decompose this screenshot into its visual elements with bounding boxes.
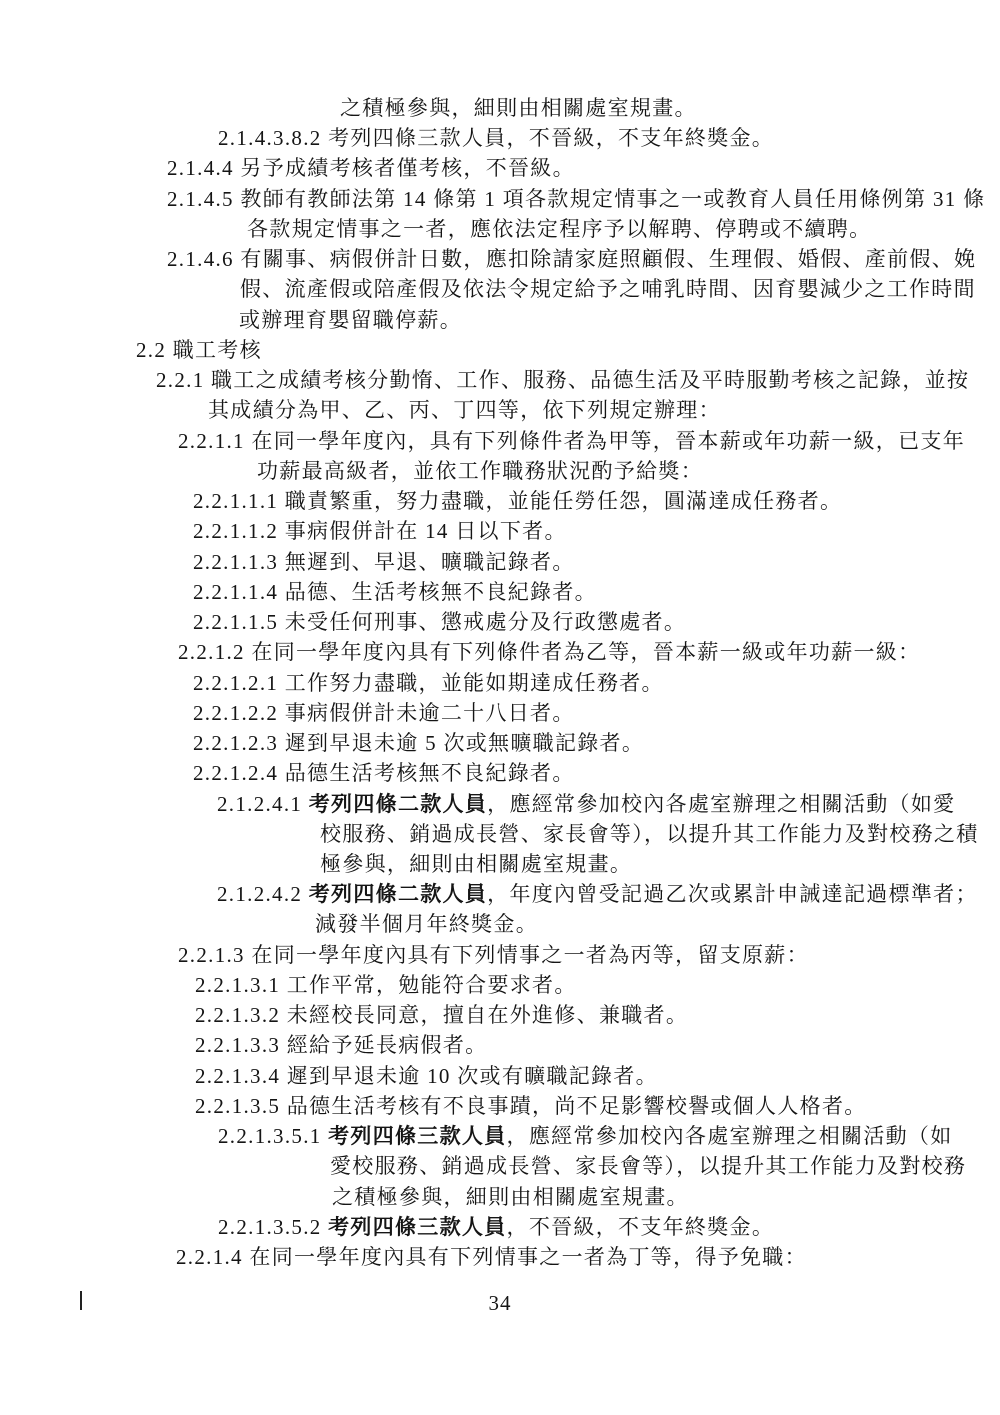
- document-line: 減發半個月年終獎金。: [315, 909, 538, 939]
- line-segment: 2.2.1.2 在同一學年度內具有下列條件者為乙等，晉本薪一級或年功薪一級：: [178, 640, 920, 664]
- line-segment-bold: 考列四條三款人員: [328, 1124, 506, 1148]
- document-line: 愛校服務、銷過成長營、家長會等），以提升其工作能力及對校務: [330, 1151, 966, 1181]
- line-segment: 2.2.1.1.4 品德、生活考核無不良紀錄者。: [193, 580, 597, 604]
- line-segment: 愛校服務、銷過成長營、家長會等），以提升其工作能力及對校務: [330, 1154, 966, 1178]
- line-segment: 其成績分為甲、乙、丙、丁四等，依下列規定辦理：: [208, 398, 721, 422]
- line-segment: 之積極參與，細則由相關處室規畫。: [332, 1185, 689, 1209]
- line-segment: 之積極參與，細則由相關處室規畫。: [340, 96, 697, 120]
- document-line: 2.2.1.4 在同一學年度內具有下列情事之一者為丁等，得予免職：: [176, 1242, 807, 1272]
- line-segment: 2.2.1.2.3 遲到早退未逾 5 次或無曠職記錄者。: [193, 731, 644, 755]
- document-line: 2.1.4.5 教師有教師法第 14 條第 1 項各款規定情事之一或教育人員任用…: [167, 184, 985, 214]
- line-segment: 2.2.1.3.5.2: [218, 1215, 328, 1239]
- line-segment: 2.2.1 職工之成績考核分勤惰、工作、服務、品德生活及平時服勤考核之記錄，並按: [156, 368, 969, 392]
- line-segment-bold: 考列四條二款人員: [309, 792, 487, 816]
- line-segment: 校服務、銷過成長營、家長會等），以提升其工作能力及對校務之積: [320, 822, 979, 846]
- document-line: 2.2.1.3.5.1 考列四條三款人員，應經常參加校內各處室辦理之相關活動（如: [218, 1121, 953, 1151]
- line-segment: 2.1.2.4.1: [217, 792, 309, 816]
- document-line: 2.2.1.1.3 無遲到、早退、曠職記錄者。: [193, 547, 575, 577]
- document-line: 或辦理育嬰留職停薪。: [239, 305, 462, 335]
- line-segment: 功薪最高級者，並依工作職務狀況酌予給獎：: [257, 459, 703, 483]
- line-segment: 2.2.1.1.2 事病假併計在 14 日以下者。: [193, 519, 567, 543]
- line-segment: 2.2.1.3.1 工作平常，勉能符合要求者。: [195, 973, 577, 997]
- line-segment: 2.1.4.6 有關事、病假併計日數，應扣除請家庭照顧假、生理假、婚假、產前假、…: [167, 247, 976, 271]
- document-line: 2.2.1.3.5.2 考列四條三款人員，不晉級，不支年終獎金。: [218, 1212, 774, 1242]
- document-line: 2.2.1.2.2 事病假併計未逾二十八日者。: [193, 698, 575, 728]
- document-line: 2.2.1.3.1 工作平常，勉能符合要求者。: [195, 970, 577, 1000]
- line-segment: 2.2.1.1.5 未受任何刑事、懲戒處分及行政懲處者。: [193, 610, 686, 634]
- line-segment: 2.2.1.3.5 品德生活考核有不良事蹟，尚不足影響校譽或個人人格者。: [195, 1094, 867, 1118]
- document-line: 2.2.1.2.4 品德生活考核無不良紀錄者。: [193, 758, 575, 788]
- document-line: 2.2.1.2.3 遲到早退未逾 5 次或無曠職記錄者。: [193, 728, 644, 758]
- line-segment: 2.2.1.3.4 遲到早退未逾 10 次或有曠職記錄者。: [195, 1064, 658, 1088]
- document-line: 2.2 職工考核: [136, 335, 262, 365]
- document-line: 之積極參與，細則由相關處室規畫。: [332, 1182, 689, 1212]
- document-line: 2.1.2.4.2 考列四條二款人員，年度內曾受記過乙次或累計申誡達記過標準者；: [217, 879, 978, 909]
- line-segment: 2.2.1.1.3 無遲到、早退、曠職記錄者。: [193, 550, 575, 574]
- document-line: 2.1.4.3.8.2 考列四條三款人員，不晉級，不支年終獎金。: [218, 123, 774, 153]
- line-segment: 假、流產假或陪產假及依法令規定給予之哺乳時間、因育嬰減少之工作時間: [240, 277, 976, 301]
- document-line: 2.2.1.1.2 事病假併計在 14 日以下者。: [193, 516, 567, 546]
- line-segment: ，應經常參加校內各處室辦理之相關活動（如愛: [487, 792, 955, 816]
- line-segment: 2.1.4.3.8.2 考列四條三款人員，不晉級，不支年終獎金。: [218, 126, 774, 150]
- document-line: 2.2.1.2.1 工作努力盡職，並能如期達成任務者。: [193, 668, 664, 698]
- document-page: 之積極參與，細則由相關處室規畫。2.1.4.3.8.2 考列四條三款人員，不晉級…: [0, 0, 1000, 1415]
- document-line: 各款規定情事之一者，應依法定程序予以解聘、停聘或不續聘。: [247, 214, 871, 244]
- document-line: 其成績分為甲、乙、丙、丁四等，依下列規定辦理：: [208, 395, 721, 425]
- document-line: 2.2.1.1.5 未受任何刑事、懲戒處分及行政懲處者。: [193, 607, 686, 637]
- line-segment: 2.2.1.2.4 品德生活考核無不良紀錄者。: [193, 761, 575, 785]
- line-segment: 2.2.1.3.2 未經校長同意，擅自在外進修、兼職者。: [195, 1003, 688, 1027]
- line-segment: 2.2.1.4 在同一學年度內具有下列情事之一者為丁等，得予免職：: [176, 1245, 807, 1269]
- document-line: 2.1.4.6 有關事、病假併計日數，應扣除請家庭照顧假、生理假、婚假、產前假、…: [167, 244, 976, 274]
- line-segment: 或辦理育嬰留職停薪。: [239, 308, 462, 332]
- line-segment: ，應經常參加校內各處室辦理之相關活動（如: [507, 1124, 953, 1148]
- line-segment: 2.1.2.4.2: [217, 882, 309, 906]
- document-line: 校服務、銷過成長營、家長會等），以提升其工作能力及對校務之積: [320, 819, 979, 849]
- line-segment: 極參與，細則由相關處室規畫。: [320, 852, 632, 876]
- line-segment: 2.2 職工考核: [136, 338, 262, 362]
- document-line: 2.2.1.1.1 職責繁重，努力盡職，並能任勞任怨，圓滿達成任務者。: [193, 486, 842, 516]
- line-segment: 2.2.1.1.1 職責繁重，努力盡職，並能任勞任怨，圓滿達成任務者。: [193, 489, 842, 513]
- line-segment: 2.2.1.2.2 事病假併計未逾二十八日者。: [193, 701, 575, 725]
- document-line: 2.2.1.3.2 未經校長同意，擅自在外進修、兼職者。: [195, 1000, 688, 1030]
- document-line: 之積極參與，細則由相關處室規畫。: [340, 93, 697, 123]
- document-line: 2.2.1.3.4 遲到早退未逾 10 次或有曠職記錄者。: [195, 1061, 658, 1091]
- document-line: 2.2.1.3.5 品德生活考核有不良事蹟，尚不足影響校譽或個人人格者。: [195, 1091, 867, 1121]
- document-line: 2.2.1.1 在同一學年度內，具有下列條件者為甲等，晉本薪或年功薪一級，已支年: [178, 426, 965, 456]
- document-line: 極參與，細則由相關處室規畫。: [320, 849, 632, 879]
- line-segment: 2.2.1.3 在同一學年度內具有下列情事之一者為丙等，留支原薪：: [178, 943, 809, 967]
- document-line: 假、流產假或陪產假及依法令規定給予之哺乳時間、因育嬰減少之工作時間: [240, 274, 976, 304]
- line-segment: 各款規定情事之一者，應依法定程序予以解聘、停聘或不續聘。: [247, 217, 871, 241]
- page-number: 34: [0, 1288, 1000, 1318]
- line-segment: 2.1.4.5 教師有教師法第 14 條第 1 項各款規定情事之一或教育人員任用…: [167, 187, 985, 211]
- document-line: 2.1.2.4.1 考列四條二款人員，應經常參加校內各處室辦理之相關活動（如愛: [217, 789, 955, 819]
- line-segment-bold: 考列四條二款人員: [309, 882, 487, 906]
- line-segment: 2.2.1.2.1 工作努力盡職，並能如期達成任務者。: [193, 671, 664, 695]
- document-line: 功薪最高級者，並依工作職務狀況酌予給獎：: [257, 456, 703, 486]
- document-line: 2.2.1.2 在同一學年度內具有下列條件者為乙等，晉本薪一級或年功薪一級：: [178, 637, 920, 667]
- line-segment: ，不晉級，不支年終獎金。: [507, 1215, 775, 1239]
- line-segment: 減發半個月年終獎金。: [315, 912, 538, 936]
- line-segment: 2.1.4.4 另予成績考核者僅考核，不晉級。: [167, 156, 575, 180]
- line-segment-bold: 考列四條三款人員: [328, 1215, 506, 1239]
- document-line: 2.2.1.3 在同一學年度內具有下列情事之一者為丙等，留支原薪：: [178, 940, 809, 970]
- line-segment: 2.2.1.3.3 經給予延長病假者。: [195, 1033, 487, 1057]
- line-segment: 2.2.1.1 在同一學年度內，具有下列條件者為甲等，晉本薪或年功薪一級，已支年: [178, 429, 965, 453]
- document-line: 2.2.1 職工之成績考核分勤惰、工作、服務、品德生活及平時服勤考核之記錄，並按: [156, 365, 969, 395]
- document-line: 2.2.1.1.4 品德、生活考核無不良紀錄者。: [193, 577, 597, 607]
- document-line: 2.1.4.4 另予成績考核者僅考核，不晉級。: [167, 153, 575, 183]
- document-line: 2.2.1.3.3 經給予延長病假者。: [195, 1030, 487, 1060]
- line-segment: 2.2.1.3.5.1: [218, 1124, 328, 1148]
- line-segment: ，年度內曾受記過乙次或累計申誡達記過標準者；: [487, 882, 978, 906]
